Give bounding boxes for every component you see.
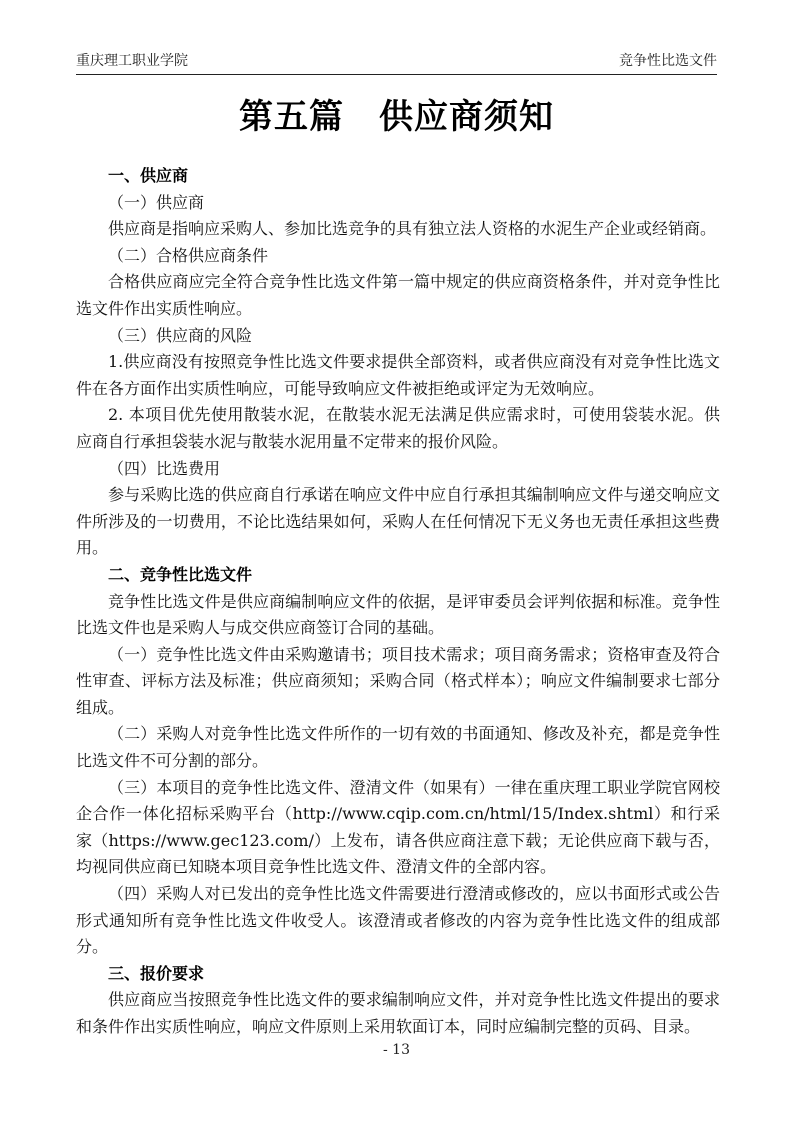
paragraph: （四）采购人对已发出的竞争性比选文件需要进行澄清或修改的，应以书面形式或公告形式… [76,881,720,961]
paragraph: 合格供应商应完全符合竞争性比选文件第一篇中规定的供应商资格条件，并对竞争性比选文… [76,269,720,322]
document-page: 重庆理工职业学院 竞争性比选文件 第五篇 供应商须知 一、供应商（一）供应商供应… [0,0,793,1122]
paragraph: （二）采购人对竞争性比选文件所作的一切有效的书面通知、修改及补充，都是竞争性比选… [76,721,720,774]
section-heading: 一、供应商 [76,163,720,190]
paragraph: （三）本项目的竞争性比选文件、澄清文件（如果有）一律在重庆理工职业学院官网校企合… [76,775,720,881]
header-left-text: 重庆理工职业学院 [76,52,188,70]
page-header: 重庆理工职业学院 竞争性比选文件 [76,52,717,70]
header-right-text: 竞争性比选文件 [619,52,717,70]
document-body: 一、供应商（一）供应商供应商是指响应采购人、参加比选竞争的具有独立法人资格的水泥… [76,163,720,1041]
paragraph: 供应商应当按照竞争性比选文件的要求编制响应文件，并对竞争性比选文件提出的要求和条… [76,987,720,1040]
page-number: - 13 [383,1042,410,1058]
section-heading: 二、竞争性比选文件 [76,562,720,589]
header-divider [76,74,717,75]
section-heading: 三、报价要求 [76,961,720,988]
paragraph: 竞争性比选文件是供应商编制响应文件的依据，是评审委员会评判依据和标准。竞争性比选… [76,589,720,642]
paragraph: 1.供应商没有按照竞争性比选文件要求提供全部资料，或者供应商没有对竞争性比选文件… [76,349,720,402]
paragraph: 供应商是指响应采购人、参加比选竞争的具有独立法人资格的水泥生产企业或经销商。 [76,216,720,243]
paragraph: （三）供应商的风险 [76,323,720,350]
paragraph: （四）比选费用 [76,456,720,483]
paragraph: 2. 本项目优先使用散装水泥，在散装水泥无法满足供应需求时，可使用袋装水泥。供应… [76,402,720,455]
paragraph: （一）供应商 [76,190,720,217]
page-footer: - 13 [0,1041,793,1059]
paragraph: （一）竞争性比选文件由采购邀请书；项目技术需求；项目商务需求；资格审查及符合性审… [76,642,720,722]
paragraph: 参与采购比选的供应商自行承诺在响应文件中应自行承担其编制响应文件与递交响应文件所… [76,482,720,562]
document-title: 第五篇 供应商须知 [0,94,793,140]
paragraph: （二）合格供应商条件 [76,243,720,270]
